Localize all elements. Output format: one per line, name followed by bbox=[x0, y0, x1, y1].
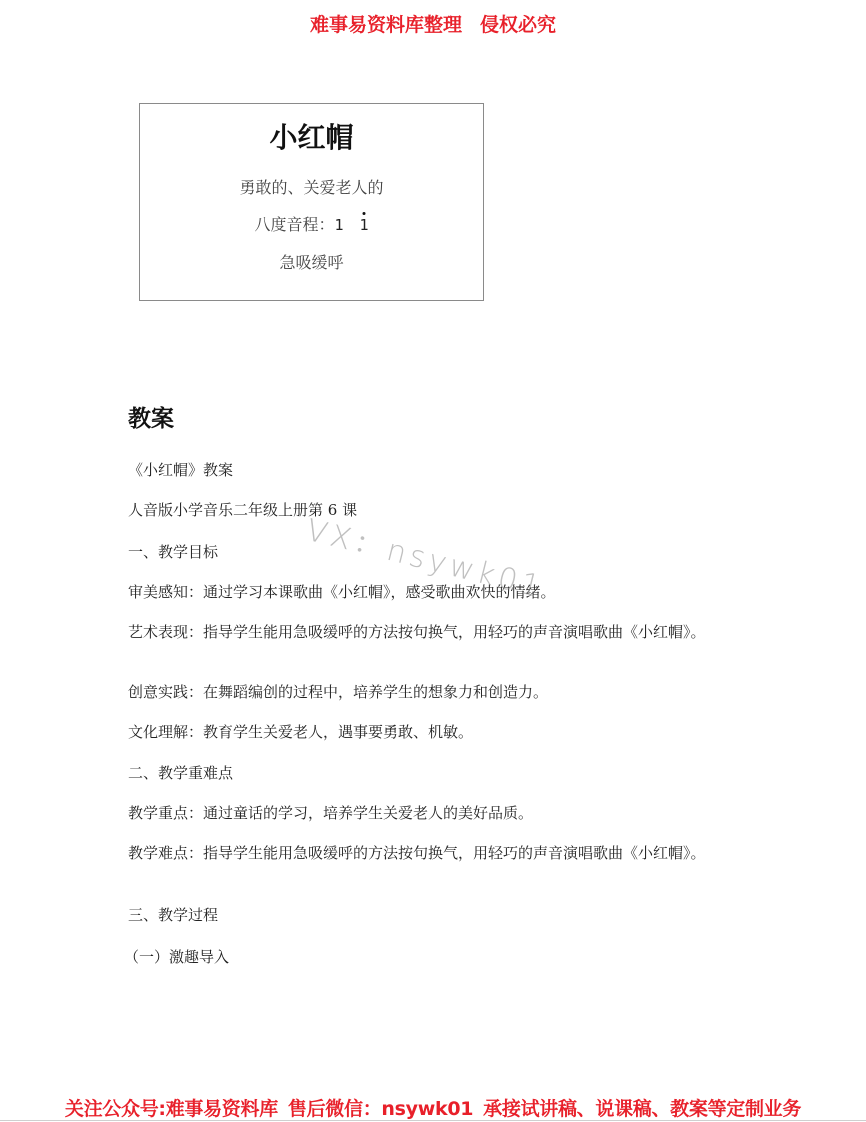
objective-aesthetic: 审美感知：通过学习本课歌曲《小红帽》，感受歌曲欢快的情绪。 bbox=[128, 581, 748, 603]
subsection-intro: （一）激趣导入 bbox=[124, 946, 744, 968]
card-line-interval: 八度音程：11 bbox=[140, 215, 483, 235]
footer-divider bbox=[0, 1120, 866, 1121]
note-low: 1 bbox=[334, 215, 343, 235]
section-heading-process: 三、教学过程 bbox=[128, 904, 748, 926]
footer-account-text: 关注公众号:难事易资料库 bbox=[65, 1098, 278, 1120]
objective-cultural: 文化理解：教育学生关爱老人，遇事要勇敢、机敏。 bbox=[128, 721, 748, 743]
card-line-breathing: 急吸缓呼 bbox=[140, 253, 483, 273]
card-title: 小红帽 bbox=[140, 118, 483, 158]
difficult-point: 教学难点：指导学生能用急吸缓呼的方法按句换气，用轻巧的声音演唱歌曲《小红帽》。 bbox=[128, 842, 748, 864]
header-source-text: 难事易资料库整理 bbox=[310, 14, 462, 36]
header-banner: 难事易资料库整理侵权必究 bbox=[0, 10, 866, 37]
section-heading-key-points: 二、教学重难点 bbox=[128, 762, 748, 784]
objective-creative: 创意实践：在舞蹈编创的过程中，培养学生的想象力和创造力。 bbox=[128, 681, 748, 703]
footer-banner: 关注公众号:难事易资料库售后微信：nsywk01承接试讲稿、说课稿、教案等定制业… bbox=[0, 1094, 866, 1121]
header-copyright-text: 侵权必究 bbox=[480, 14, 556, 36]
interval-label: 八度音程： bbox=[254, 215, 334, 234]
document-heading: 教案 bbox=[128, 400, 174, 433]
card-line-character: 勇敢的、关爱老人的 bbox=[140, 178, 483, 198]
footer-services-text: 承接试讲稿、说课稿、教案等定制业务 bbox=[483, 1098, 801, 1120]
lesson-title: 《小红帽》教案 bbox=[128, 459, 748, 481]
footer-wechat-text: 售后微信：nsywk01 bbox=[288, 1098, 473, 1120]
note-high-octave: 1 bbox=[360, 215, 369, 235]
lesson-source: 人音版小学音乐二年级上册第 6 课 bbox=[128, 499, 748, 521]
key-point: 教学重点：通过童话的学习，培养学生关爱老人的美好品质。 bbox=[128, 802, 748, 824]
title-card-image: 小红帽 勇敢的、关爱老人的 八度音程：11 急吸缓呼 bbox=[139, 103, 484, 301]
objective-artistic: 艺术表现：指导学生能用急吸缓呼的方法按句换气，用轻巧的声音演唱歌曲《小红帽》。 bbox=[128, 621, 748, 643]
